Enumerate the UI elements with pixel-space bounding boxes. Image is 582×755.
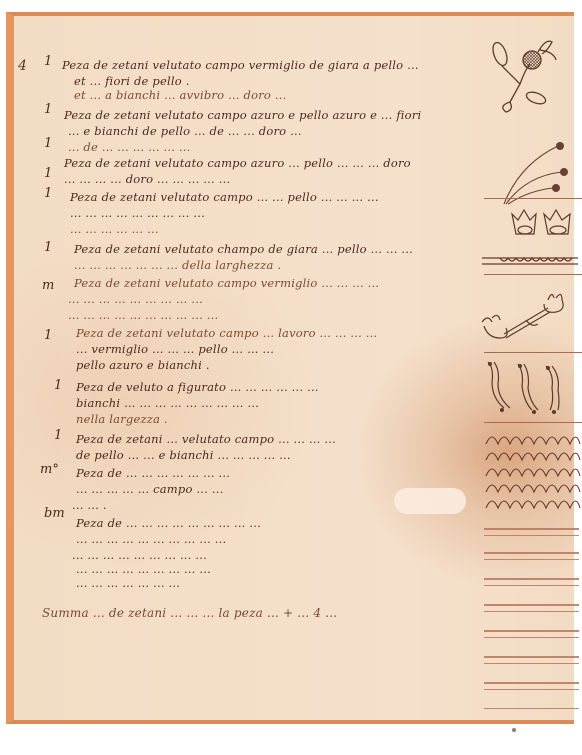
- vine-stems-drawing: [480, 358, 580, 420]
- entry-marker: bm: [44, 506, 65, 521]
- entry-line: pello azuro e bianchi .: [76, 358, 210, 372]
- entry-marker: 1: [44, 136, 52, 151]
- ruled-line: [484, 682, 579, 684]
- entry-line: Peza de zetani velutato campo vermiglio …: [62, 58, 419, 72]
- margin-divider: [484, 352, 582, 353]
- ruled-line: [484, 689, 579, 690]
- entry-line: ... ... ... ... ... campo ... ...: [76, 482, 223, 496]
- ruled-line: [484, 552, 579, 554]
- ruled-line: [484, 663, 579, 664]
- entry-marker: 1: [44, 166, 52, 181]
- ruled-line: [484, 656, 579, 658]
- bottom-mark: [512, 728, 516, 732]
- margin-divider: [484, 422, 582, 423]
- entry-marker: m: [42, 278, 54, 293]
- ruled-line: [484, 559, 579, 560]
- rope-band-drawing: [480, 254, 580, 268]
- entry-line: Peza de ... ... ... ... ... ... ... ... …: [76, 516, 261, 530]
- summary-line: Summa ... de zetani ... ... ... la peza …: [42, 606, 337, 620]
- cups-on-stem-drawing: [478, 288, 578, 348]
- margin-divider: [484, 198, 582, 199]
- entry-line: ... ... ... ... ... ... ... ... ...: [72, 548, 207, 562]
- entry-line: de pello ... ... e bianchi ... ... ... .…: [76, 448, 291, 462]
- scale-pattern-drawing: [484, 428, 582, 520]
- ruled-line: [484, 630, 579, 632]
- manuscript-page: 4 1 Peza de zetani velutato campo vermig…: [6, 12, 574, 724]
- entry-line: Peza de zetani velutato campo azuro ... …: [64, 156, 411, 170]
- margin-divider: [484, 274, 582, 275]
- entry-marker: 1: [44, 102, 52, 117]
- entry-line: Peza de zetani velutato campo ... ... pe…: [70, 190, 379, 204]
- ruled-line: [484, 611, 579, 612]
- entry-line: ... ... ... ... ... ... ...: [76, 576, 180, 590]
- entry-line: ... ... ... ... ... ... ... ... ...: [76, 562, 211, 576]
- ruled-line: [484, 578, 579, 580]
- entry-line: ... de ... ... ... ... ... ...: [68, 140, 191, 154]
- entry-line: ... ... ... ... doro ... ... ... ... ...: [64, 172, 230, 186]
- entry-line: ... e bianchi de pello ... de ... ... do…: [68, 124, 302, 138]
- ruled-line: [484, 637, 579, 638]
- entry-line: ... ... ... ... ... ... ... ... ... ...: [76, 532, 226, 546]
- entry-marker: 1: [54, 428, 62, 443]
- entry-marker: m°: [40, 462, 59, 477]
- entry-marker: 1: [44, 186, 52, 201]
- entry-line: Peza de zetani velutato campo ... lavoro…: [76, 326, 377, 340]
- entry-line: ... vermiglio ... ... ... pello ... ... …: [76, 342, 274, 356]
- ruled-line: [484, 604, 579, 606]
- entry-line: Peza de zetani velutato campo vermiglio …: [74, 276, 379, 290]
- entry-line: nella largezza .: [76, 412, 168, 426]
- crowns-drawing: [508, 206, 578, 242]
- entry-line: et ... fiori de pello .: [74, 74, 190, 88]
- entry-line: Peza de ... ... ... ... ... ... ...: [76, 466, 230, 480]
- entry-line: Peza de zetani velutato champo de giara …: [74, 242, 413, 256]
- thistle-flower-drawing: [480, 32, 580, 122]
- entry-line: Peza de zetani velutato campo azuro e pe…: [64, 108, 421, 122]
- entry-marker: 1: [54, 378, 62, 393]
- entry-line: Peza de veluto a figurato ... ... ... ..…: [76, 380, 319, 394]
- entry-line: ... ... ... ... ... ... ... ... ...: [70, 206, 205, 220]
- ruled-line: [484, 535, 579, 536]
- entry-marker: 1: [44, 240, 52, 255]
- flower-sprigs-drawing: [500, 134, 580, 214]
- entry-line: ... ... .: [72, 498, 107, 512]
- folio-mark: 4: [18, 58, 27, 74]
- ruled-line: [484, 585, 579, 586]
- entry-marker: 1: [44, 54, 52, 69]
- entry-line: ... ... ... ... ... ... ... ... ... ...: [68, 308, 218, 322]
- erased-patch: [394, 488, 466, 514]
- ruled-line: [484, 528, 579, 530]
- entry-line: bianchi ... ... ... ... ... ... ... ... …: [76, 396, 259, 410]
- entry-line: ... ... ... ... ... ...: [70, 222, 159, 236]
- entry-line: ... ... ... ... ... ... ... della larghe…: [74, 258, 281, 272]
- entry-line: et ... a bianchi ... avvibro ... doro ..…: [74, 88, 286, 102]
- entry-line: ... ... ... ... ... ... ... ... ...: [68, 292, 203, 306]
- entry-line: Peza de zetani ... velutato campo ... ..…: [76, 432, 336, 446]
- entry-marker: 1: [44, 328, 52, 343]
- ruled-line: [484, 708, 579, 709]
